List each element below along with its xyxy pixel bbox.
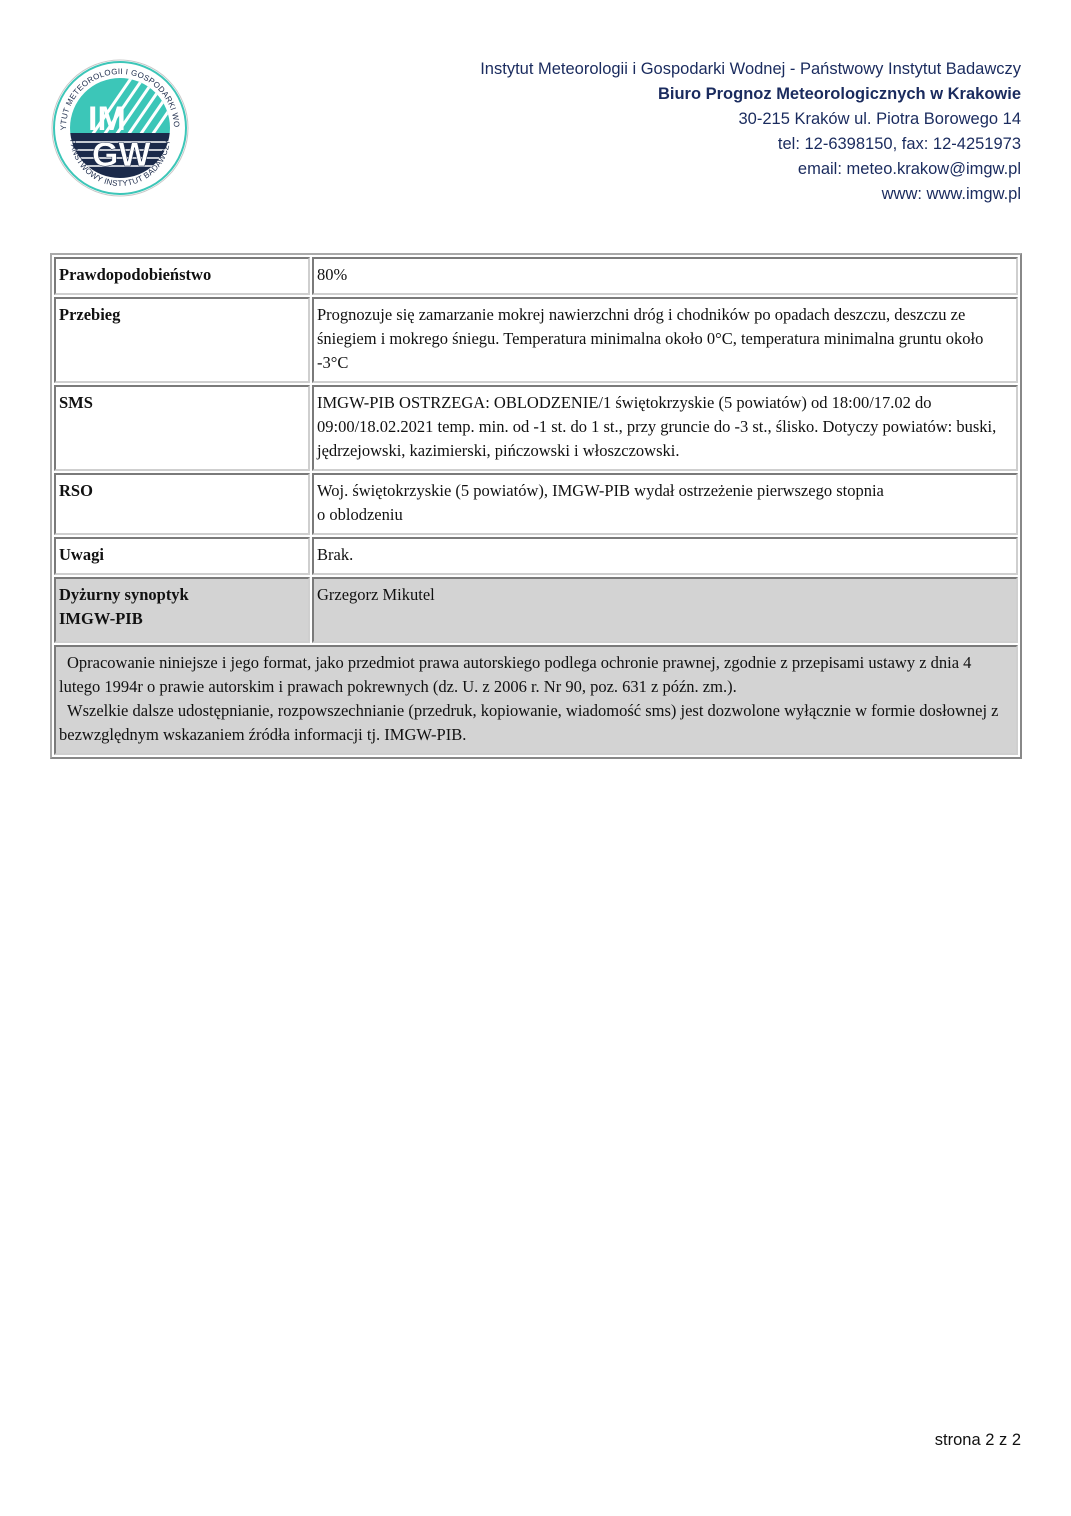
table-row-copyright: Opracowanie niniejsze i jego format, jak… — [54, 645, 1018, 755]
rso-line-1: Woj. świętokrzyskie (5 powiatów), IMGW-P… — [317, 479, 1013, 503]
row-label: SMS — [54, 385, 310, 471]
website: www: www.imgw.pl — [480, 182, 1021, 207]
imgw-logo-icon: IM GW INSTYTUT METEOROLOGII I GOSPODARKI… — [50, 58, 190, 198]
row-label: Przebieg — [54, 297, 310, 383]
row-label: Prawdopodobieństwo — [54, 257, 310, 295]
email: email: meteo.krakow@imgw.pl — [480, 157, 1021, 182]
copyright-paragraph-2: Wszelkie dalsze udostępnianie, rozpowsze… — [59, 699, 1013, 747]
copyright-paragraph-1: Opracowanie niniejsze i jego format, jak… — [59, 651, 1013, 699]
table-row-probability: Prawdopodobieństwo 80% — [54, 257, 1018, 295]
imgw-logo: IM GW INSTYTUT METEOROLOGII I GOSPODARKI… — [50, 58, 190, 198]
forecaster-label-line-1: Dyżurny synoptyk — [59, 583, 305, 607]
table-row-course: Przebieg Prognozuje się zamarzanie mokre… — [54, 297, 1018, 383]
table-row-notes: Uwagi Brak. — [54, 537, 1018, 575]
copyright-notice: Opracowanie niniejsze i jego format, jak… — [54, 645, 1018, 755]
row-value: 80% — [312, 257, 1018, 295]
row-value: Brak. — [312, 537, 1018, 575]
table-row-sms: SMS IMGW-PIB OSTRZEGA: OBLODZENIE/1 świę… — [54, 385, 1018, 471]
row-value: IMGW-PIB OSTRZEGA: OBLODZENIE/1 świętokr… — [312, 385, 1018, 471]
svg-text:IM: IM — [88, 100, 126, 138]
svg-text:GW: GW — [92, 136, 151, 174]
address: 30-215 Kraków ul. Piotra Borowego 14 — [480, 107, 1021, 132]
table-row-forecaster: Dyżurny synoptyk IMGW-PIB Grzegorz Mikut… — [54, 577, 1018, 643]
row-label: Dyżurny synoptyk IMGW-PIB — [54, 577, 310, 643]
row-value: Prognozuje się zamarzanie mokrej nawierz… — [312, 297, 1018, 383]
office-name: Biuro Prognoz Meteorologicznych w Krakow… — [480, 82, 1021, 107]
page-number: strona 2 z 2 — [935, 1431, 1021, 1450]
table-row-rso: RSO Woj. świętokrzyskie (5 powiatów), IM… — [54, 473, 1018, 535]
phone-fax: tel: 12-6398150, fax: 12-4251973 — [480, 132, 1021, 157]
institution-header: Instytut Meteorologii i Gospodarki Wodne… — [480, 57, 1021, 207]
row-label: Uwagi — [54, 537, 310, 575]
institute-name: Instytut Meteorologii i Gospodarki Wodne… — [480, 57, 1021, 82]
warning-details-table: Prawdopodobieństwo 80% Przebieg Prognozu… — [50, 253, 1022, 759]
forecaster-name: Grzegorz Mikutel — [312, 577, 1018, 643]
row-value: Woj. świętokrzyskie (5 powiatów), IMGW-P… — [312, 473, 1018, 535]
row-label: RSO — [54, 473, 310, 535]
rso-line-2: o oblodzeniu — [317, 503, 1013, 527]
forecaster-label-line-2: IMGW-PIB — [59, 607, 305, 631]
